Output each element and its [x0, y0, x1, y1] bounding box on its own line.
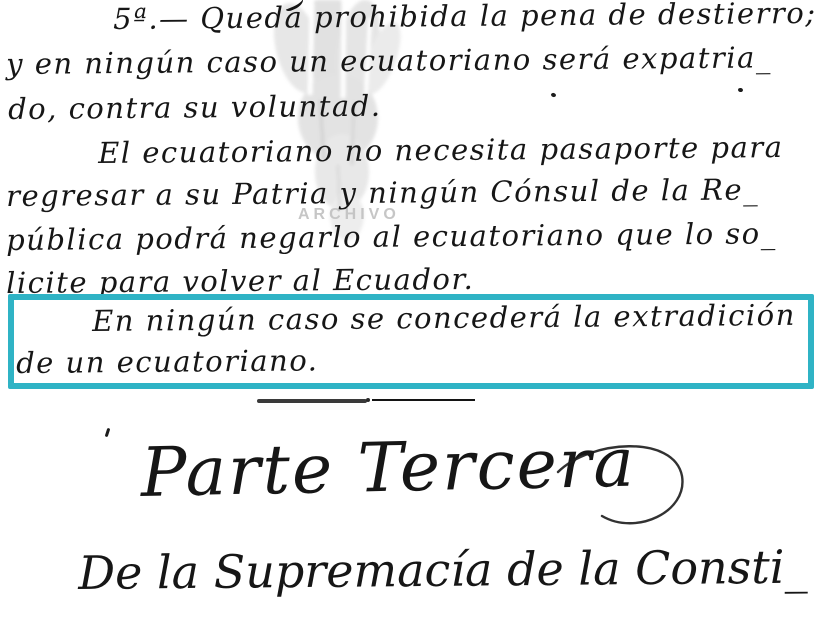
manuscript-line: 5ª.— Queda prohibida la pena de destierr…: [113, 0, 817, 36]
ink-speck: [738, 88, 744, 93]
highlighted-line: En ningún caso se concederá la extradici…: [92, 298, 796, 338]
ink-speck: [550, 92, 556, 97]
section-divider-left: [257, 399, 367, 403]
manuscript-line: pública podrá negarlo al ecuatoriano que…: [6, 216, 777, 257]
heading-flourish: [556, 432, 688, 540]
manuscript-line: El ecuatoriano no necesita pasaporte par…: [98, 130, 784, 170]
manuscript-line: regresar a su Patria y ningún Cónsul de …: [6, 172, 759, 213]
manuscript-line: y en ningún caso un ecuatoriano será exp…: [6, 40, 772, 81]
section-heading: De la Supremacía de la Consti_: [78, 540, 808, 600]
manuscript-line: do, contra su voluntad.: [8, 89, 382, 126]
section-divider-dot: [366, 398, 370, 402]
highlighted-line: de un ecuatoriano.: [16, 343, 319, 380]
manuscript-page: ARCHIVO 5ª.— Queda prohibida la pena de …: [0, 0, 820, 626]
ink-speck: [105, 428, 111, 437]
section-divider-right: [372, 399, 475, 401]
